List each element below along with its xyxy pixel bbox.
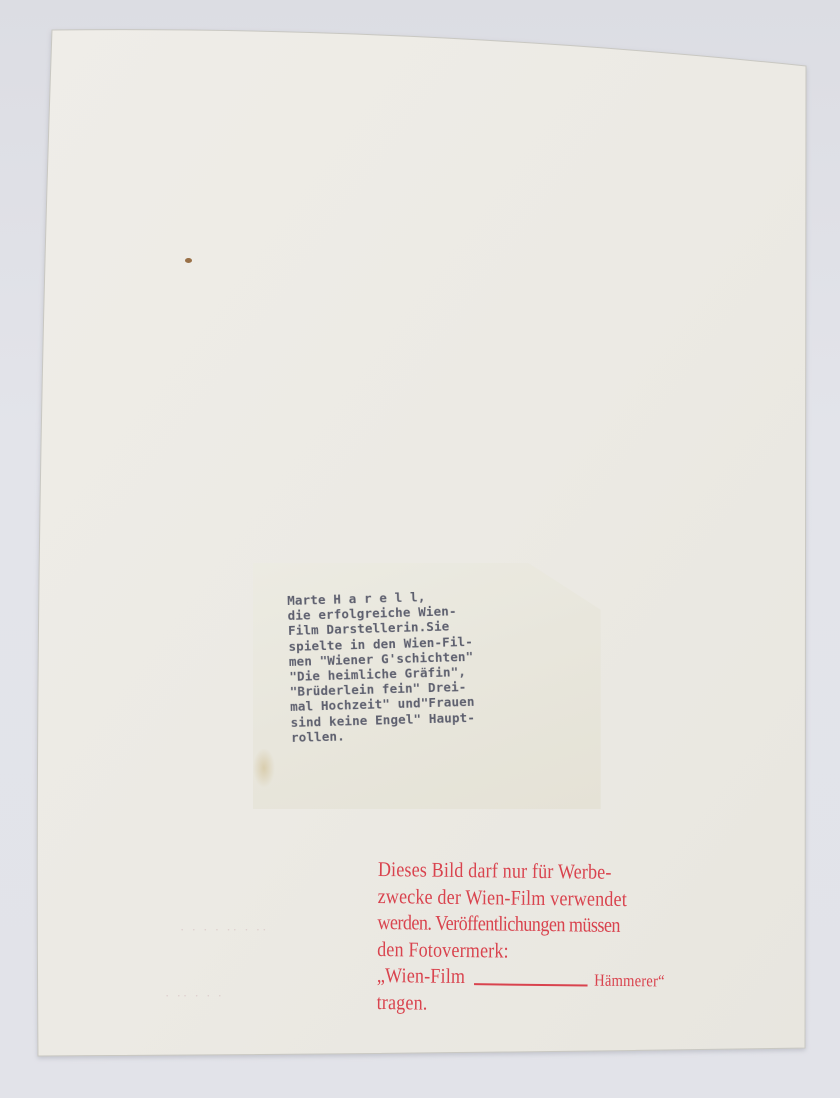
photo-credit-line: „Wien-Film Hämmerer“ bbox=[377, 962, 695, 992]
credit-blank-line bbox=[474, 983, 588, 986]
red-usage-stamp: Dieses Bild darf nur für Werbe- zwecke d… bbox=[377, 856, 697, 1019]
stamp-line: werden. Veröffentlichungen müssen bbox=[377, 909, 695, 939]
faint-offset-marks: · · · · ·· · ·· bbox=[180, 922, 268, 938]
stamp-line: Dieses Bild darf nur für Werbe- bbox=[378, 856, 696, 886]
brown-speck bbox=[185, 258, 192, 263]
photographer-name: Hämmerer“ bbox=[594, 969, 665, 992]
typed-caption: Marte H a r e l l,die erfolgreiche Wien-… bbox=[287, 588, 476, 745]
typed-clipping: Marte H a r e l l,die erfolgreiche Wien-… bbox=[253, 563, 606, 809]
credit-prefix: „Wien-Film bbox=[377, 962, 466, 990]
stamp-line: den Fotovermerk: bbox=[377, 935, 695, 965]
stamp-line: zwecke der Wien-Film verwendet bbox=[378, 882, 696, 912]
stamp-line: tragen. bbox=[377, 988, 695, 1018]
faint-offset-marks: · ·· · · · bbox=[165, 988, 224, 1004]
